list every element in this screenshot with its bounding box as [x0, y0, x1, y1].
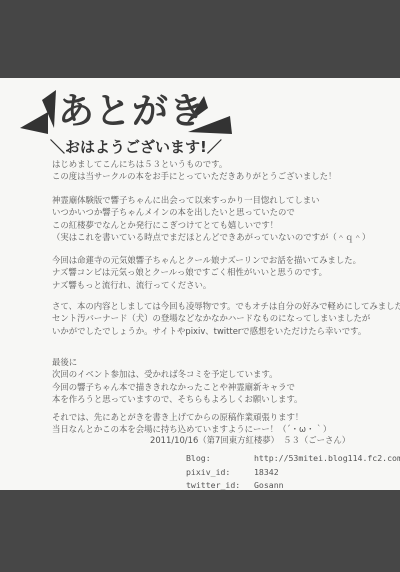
contact-blog: Blog:http://53mitei.blog114.fc2.com/: [186, 453, 400, 463]
title-block: あとがき: [18, 88, 248, 138]
paragraph-content: さて、本の内容としましては今回も凌辱物です。でもオチは自分の好みで軽めにしてみま…: [52, 300, 400, 337]
paragraph-characters: 今回は命蓮寺の元気娘響子ちゃんとクール娘ナズーリンでお話を描いてみました。 ナズ…: [52, 254, 361, 291]
contact-twitter: twitter_id:Gosann: [186, 480, 284, 490]
signature-line: 2011/10/16（第7回東方紅楼夢） ５３（ごーさん）: [150, 434, 350, 446]
paragraph-closing: 最後に 次回のイベント参加は、受かれば冬コミを予定しています。 今回の響子ちゃん…: [52, 356, 302, 405]
contact-pixiv: pixiv_id:18342: [186, 467, 279, 477]
page-title: あとがき: [58, 90, 206, 134]
afterword-page: あとがき ＼おはようございます!／ はじめましてこんにちは５３というものです。 …: [0, 78, 400, 490]
greeting-heading: ＼おはようございます!／: [50, 136, 222, 157]
paragraph-farewell: それでは、先にあとがきを書き上げてからの原稿作業頑張ります！ 当日なんとかこの本…: [52, 411, 331, 436]
scan-border-bottom: [0, 490, 400, 572]
paragraph-background: 神霊廟体験版で響子ちゃんに出会って以来すっかり一目惚れしてしまい いつかいつか響…: [52, 194, 370, 243]
paragraph-intro: はじめましてこんにちは５３というものです。 この度は当サークルの本をお手にとって…: [52, 158, 336, 183]
scan-border-top: [0, 0, 400, 78]
